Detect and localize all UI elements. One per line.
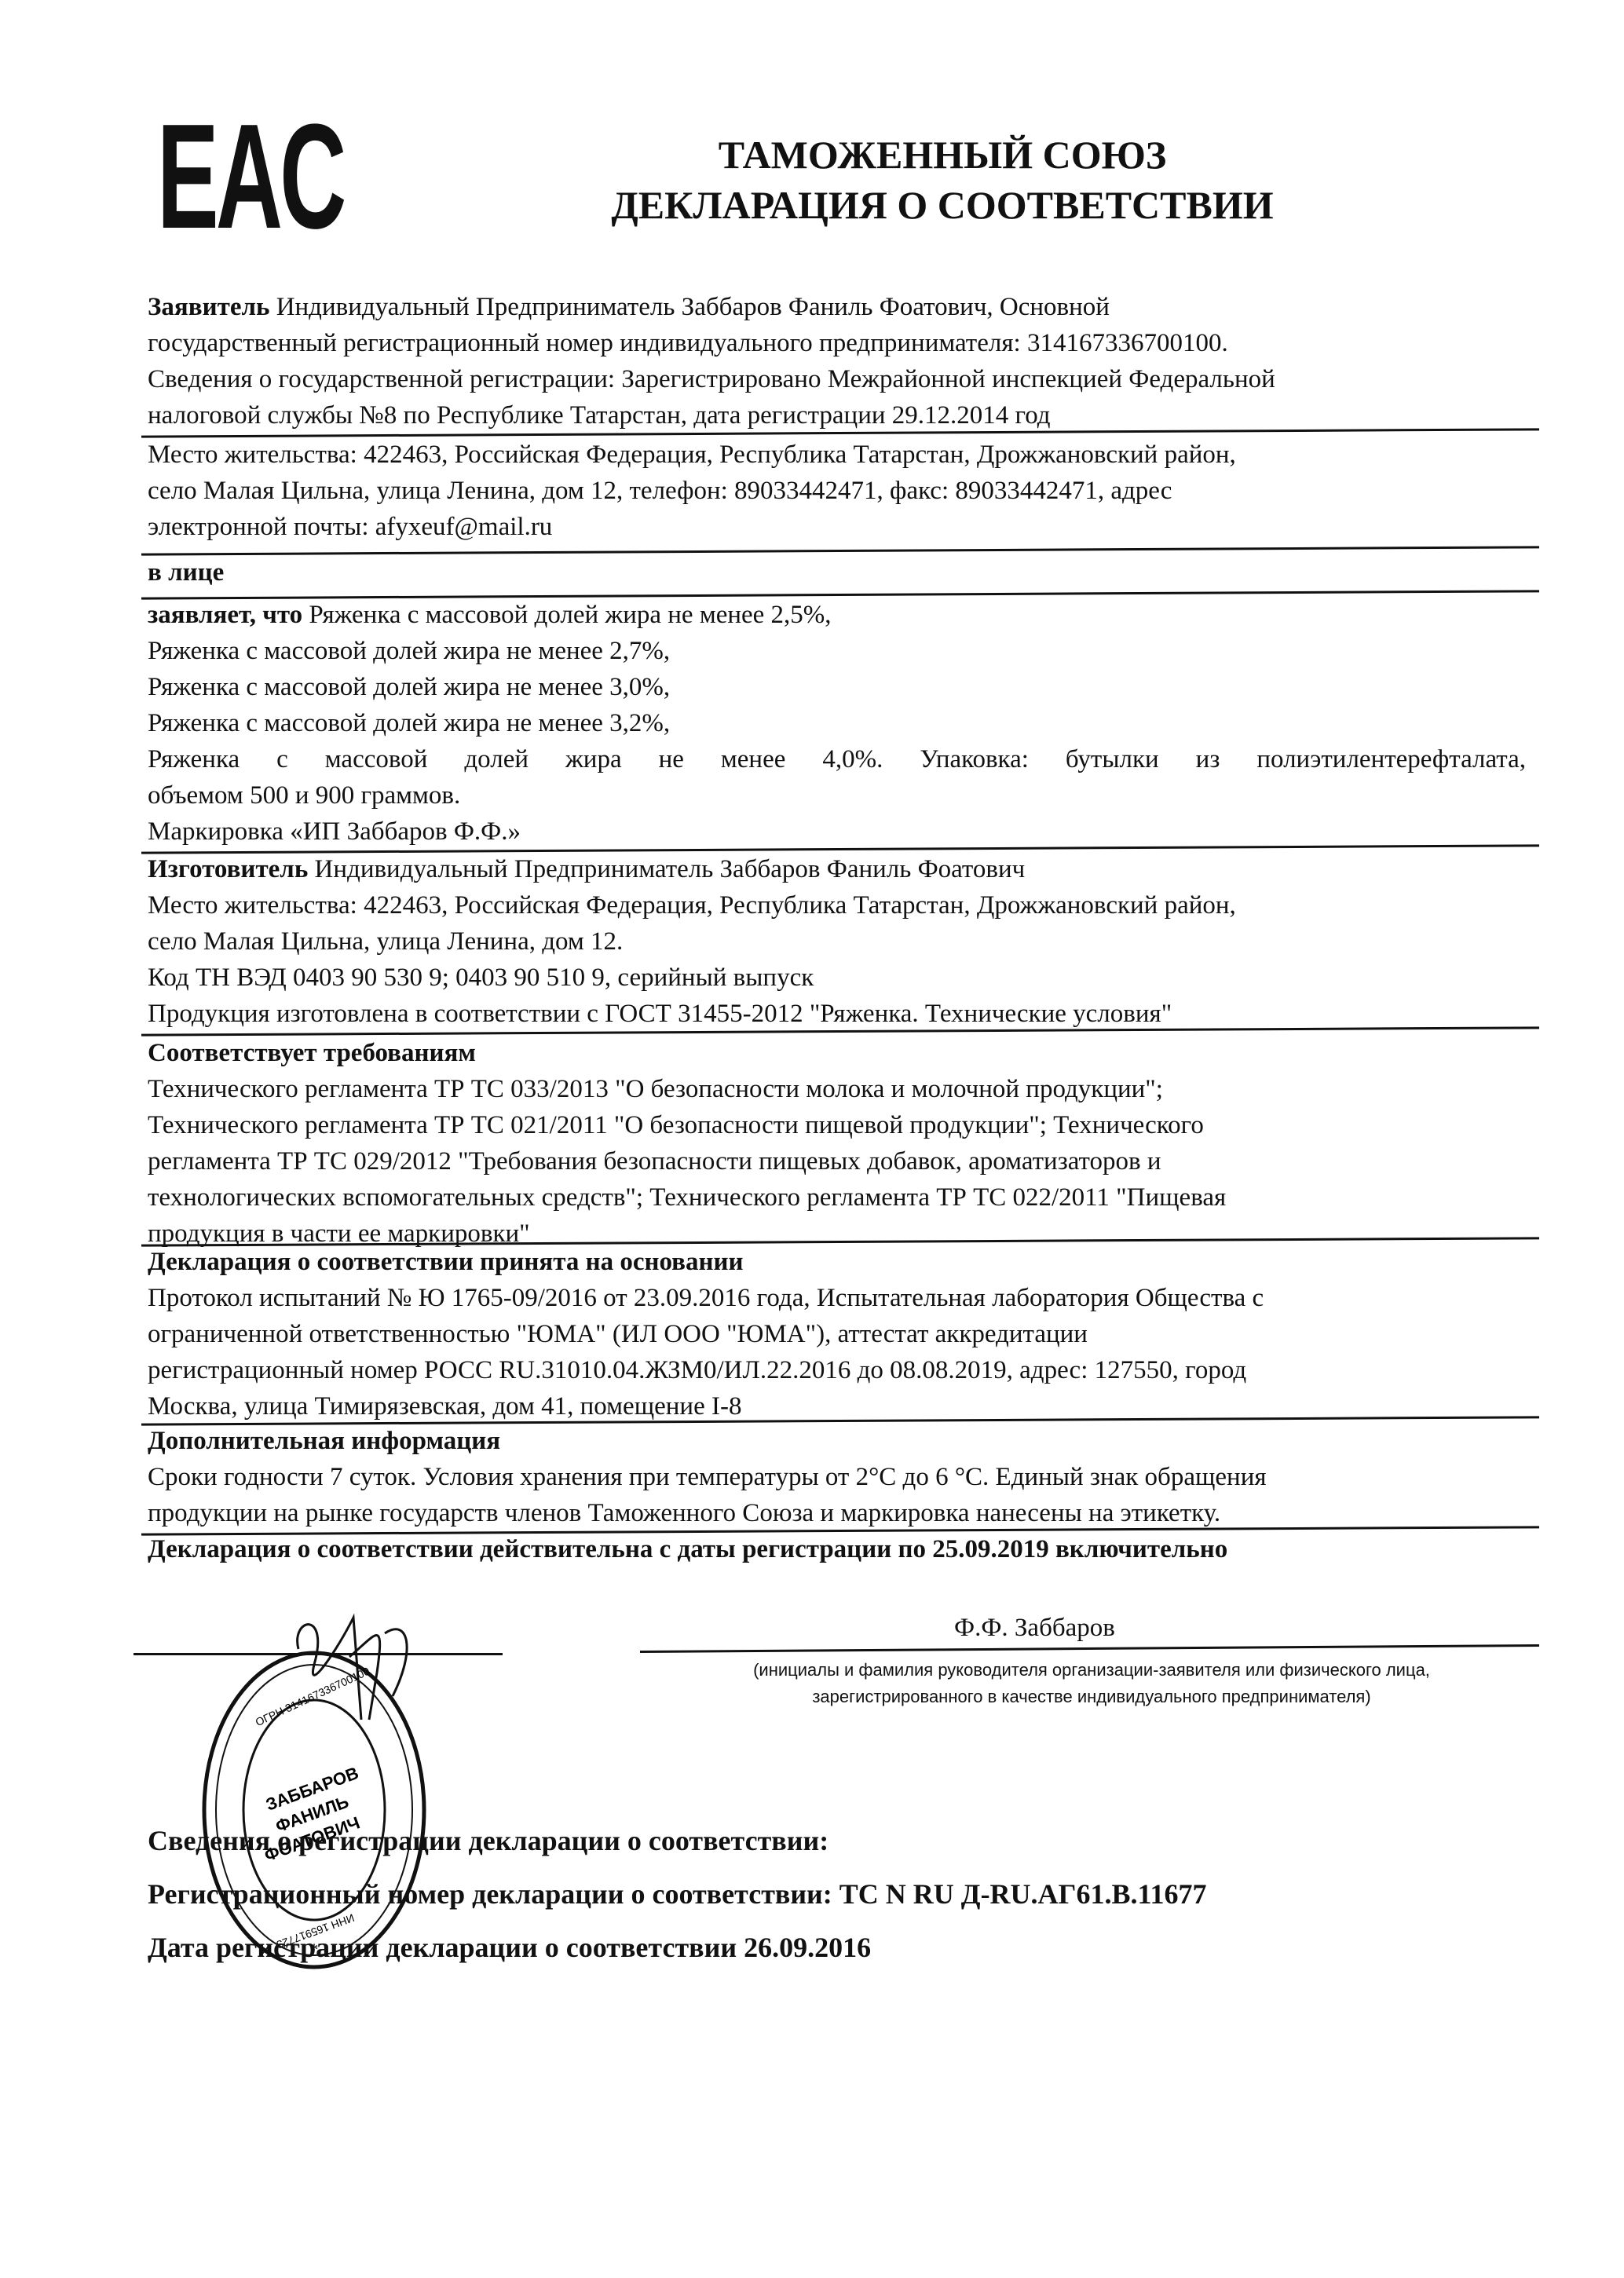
residence-line-1: Место жительства: 422463, Российская Фед…: [148, 437, 1530, 473]
requirements-section: Соответствует требованиям Технического р…: [148, 1035, 1530, 1252]
product-item: Ряженка с массовой долей жира не менее 3…: [148, 669, 1530, 705]
validity-section: Декларация о соответствии действительна …: [148, 1531, 1530, 1567]
title-line-1: ТАМОЖЕННЫЙ СОЮЗ: [550, 130, 1335, 180]
marking: Маркировка «ИП Заббаров Ф.Ф.»: [148, 814, 1530, 850]
packaging-volume: объемом 500 и 900 граммов.: [148, 777, 1530, 814]
manufacturer-name: Индивидуальный Предприниматель Заббаров …: [308, 855, 1025, 883]
basis-label: Декларация о соответствии принята на осн…: [148, 1248, 744, 1276]
registration-number: ТС N RU Д-RU.АГ61.В.11677: [839, 1878, 1207, 1910]
requirements-label: Соответствует требованиям: [148, 1039, 476, 1067]
additional-label: Дополнительная информация: [148, 1427, 500, 1455]
registration-date: 26.09.2016: [744, 1932, 871, 1963]
requirement-line: регламента ТР ТС 029/2012 "Требования бе…: [148, 1143, 1530, 1179]
gost-standard: Продукция изготовлена в соответствии с Г…: [148, 996, 1530, 1032]
residence-line-3: электронной почты: afyxeuf@mail.ru: [148, 509, 1530, 545]
declares-label: заявляет, что: [148, 601, 302, 629]
eac-logo: EAC: [157, 114, 254, 240]
signatory-caption-2: зарегистрированного в качестве индивидуа…: [644, 1684, 1539, 1710]
registration-number-row: Регистрационный номер декларации о соотв…: [148, 1875, 1206, 1913]
manufacturer-label: Изготовитель: [148, 855, 308, 883]
product-item-packaging: Ряженка с массовой долей жира не менее 4…: [148, 741, 1526, 777]
document-title: ТАМОЖЕННЫЙ СОЮЗ ДЕКЛАРАЦИЯ О СООТВЕТСТВИ…: [550, 130, 1335, 230]
signatory-caption-1: (инициалы и фамилия руководителя организ…: [644, 1657, 1539, 1684]
additional-line: продукции на рынке государств членов Там…: [148, 1495, 1530, 1531]
name-line: [640, 1644, 1539, 1653]
title-line-2: ДЕКЛАРАЦИЯ О СООТВЕТСТВИИ: [550, 180, 1335, 230]
official-stamp: ЗАББАРОВ ФАНИЛЬ ФОАТОВИЧ ОГРН 3141673367…: [196, 1645, 432, 1975]
registration-number-label: Регистрационный номер декларации о соотв…: [148, 1878, 839, 1910]
registration-date-row: Дата регистрации декларации о соответств…: [148, 1929, 871, 1966]
requirement-line: Технического регламента ТР ТС 021/2011 "…: [148, 1107, 1530, 1143]
validity-text: Декларация о соответствии действительна …: [148, 1535, 1227, 1563]
basis-section: Декларация о соответствии принята на осн…: [148, 1244, 1530, 1424]
applicant-line-2: государственный регистрационный номер ин…: [148, 325, 1530, 361]
manufacturer-line-3: село Малая Цильна, улица Ленина, дом 12.: [148, 923, 1530, 960]
registration-date-label: Дата регистрации декларации о соответств…: [148, 1932, 744, 1963]
in-person-section: в лице: [148, 554, 1530, 591]
declaration-page: EAC ТАМОЖЕННЫЙ СОЮЗ ДЕКЛАРАЦИЯ О СООТВЕТ…: [0, 0, 1624, 2278]
applicant-label: Заявитель: [148, 293, 269, 321]
registration-heading: Сведения о регистрации декларации о соот…: [148, 1822, 828, 1859]
declares-section: заявляет, что Ряженка с массовой долей ж…: [148, 597, 1530, 850]
product-item: Ряженка с массовой долей жира не менее 2…: [302, 601, 831, 629]
basis-line: регистрационный номер РОСС RU.31010.04.Ж…: [148, 1352, 1530, 1388]
product-item: Ряженка с массовой долей жира не менее 3…: [148, 705, 1530, 741]
manufacturer-section: Изготовитель Индивидуальный Предпринимат…: [148, 851, 1530, 1032]
residence-section: Место жительства: 422463, Российская Фед…: [148, 437, 1530, 545]
signatory-name: Ф.Ф. Заббаров: [954, 1614, 1115, 1643]
additional-line: Сроки годности 7 суток. Условия хранения…: [148, 1459, 1530, 1495]
residence-line-2: село Малая Цильна, улица Ленина, дом 12,…: [148, 473, 1530, 509]
additional-section: Дополнительная информация Сроки годности…: [148, 1423, 1530, 1531]
applicant-line-1: Индивидуальный Предприниматель Заббаров …: [269, 293, 1110, 321]
requirement-line: технологических вспомогательных средств"…: [148, 1179, 1530, 1216]
in-person-label: в лице: [148, 558, 224, 587]
requirement-line: Технического регламента ТР ТС 033/2013 "…: [148, 1071, 1530, 1107]
basis-line: Протокол испытаний № Ю 1765-09/2016 от 2…: [148, 1280, 1530, 1316]
product-item: Ряженка с массовой долей жира не менее 2…: [148, 633, 1530, 669]
basis-line: ограниченной ответственностью "ЮМА" (ИЛ …: [148, 1316, 1530, 1352]
applicant-line-3: Сведения о государственной регистрации: …: [148, 361, 1530, 397]
applicant-section: Заявитель Индивидуальный Предприниматель…: [148, 289, 1530, 433]
hs-code: Код ТН ВЭД 0403 90 530 9; 0403 90 510 9,…: [148, 960, 1530, 996]
applicant-line-4: налоговой службы №8 по Республике Татарс…: [148, 397, 1530, 433]
manufacturer-line-2: Место жительства: 422463, Российская Фед…: [148, 887, 1530, 923]
